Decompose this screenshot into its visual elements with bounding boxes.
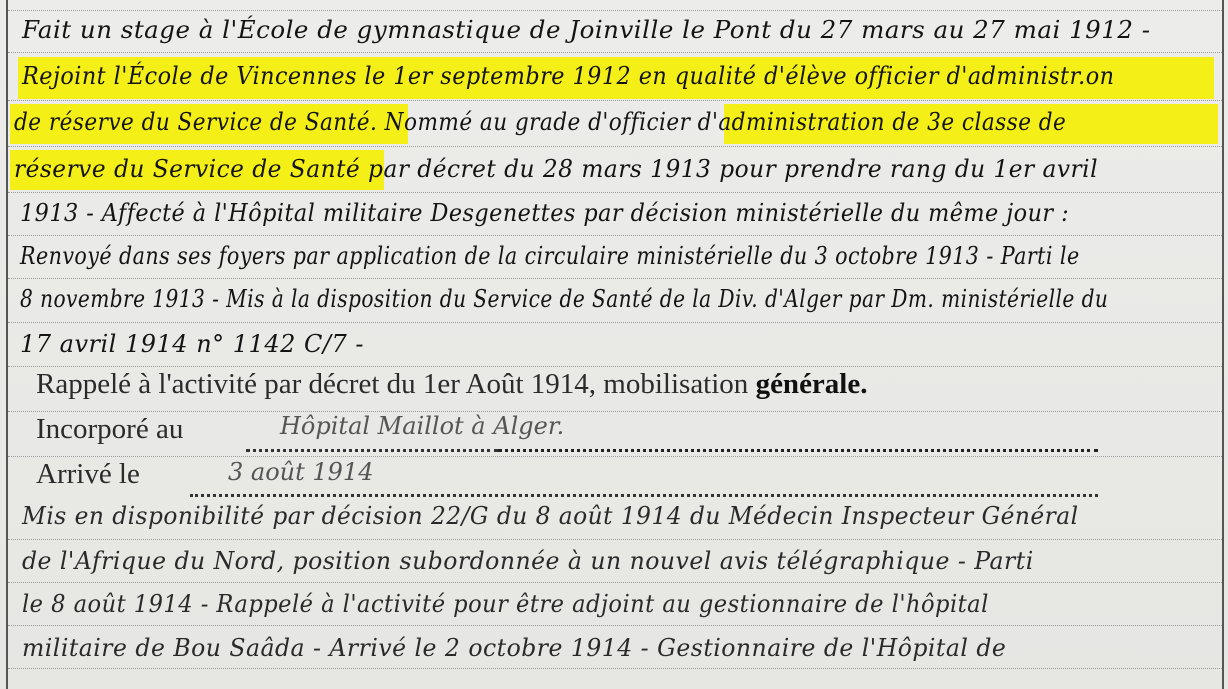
ruled-line	[8, 539, 1222, 540]
ruled-line	[8, 625, 1222, 626]
recall-bold: générale.	[756, 368, 868, 400]
ruled-line	[8, 411, 1222, 412]
ruled-line	[8, 146, 1222, 147]
incorporated-field-line	[498, 449, 1098, 452]
arrived-label: Arrivé le	[36, 458, 140, 491]
arrived-field-line	[190, 494, 1098, 497]
ruled-line	[8, 10, 1222, 11]
right-margin-rule	[1222, 0, 1224, 689]
ruled-line	[8, 235, 1222, 236]
handwritten-line-5: 1913 - Affecté à l'Hôpital militaire Des…	[20, 199, 1069, 227]
ruled-line	[8, 278, 1222, 279]
incorporated-label: Incorporé au	[36, 413, 183, 446]
handwritten-line-6: Renvoyé dans ses foyers par application …	[20, 242, 1080, 270]
ruled-line	[8, 322, 1222, 323]
ruled-line	[8, 52, 1222, 53]
recall-prefix: Rappelé à l'activité par décret du 1er A…	[36, 368, 756, 400]
handwritten-line-4: réserve du Service de Santé par décret d…	[14, 155, 1098, 183]
handwritten-line-3: de réserve du Service de Santé. Nommé au…	[14, 108, 1066, 136]
ruled-line	[8, 582, 1222, 583]
handwritten-line-7: 8 novembre 1913 - Mis à la disposition d…	[20, 285, 1108, 313]
ruled-line	[8, 366, 1222, 367]
ruled-line	[8, 456, 1222, 457]
handwritten-line-1: Fait un stage à l'École de gymnastique d…	[22, 16, 1151, 44]
handwritten-bottom-line-3: le 8 août 1914 - Rappelé à l'activité po…	[22, 590, 989, 618]
arrived-value: 3 août 1914	[228, 458, 373, 486]
incorporated-value: Hôpital Maillot à Alger.	[280, 412, 564, 440]
handwritten-line-2: Rejoint l'École de Vincennes le 1er sept…	[22, 62, 1114, 90]
ruled-line	[8, 192, 1222, 193]
handwritten-bottom-line-4: militaire de Bou Saâda - Arrivé le 2 oct…	[22, 634, 1006, 662]
handwritten-line-8: 17 avril 1914 n° 1142 C/7 -	[20, 330, 364, 358]
recall-line: Rappelé à l'activité par décret du 1er A…	[36, 368, 867, 401]
handwritten-bottom-line-2: de l'Afrique du Nord, position subordonn…	[22, 547, 1034, 575]
incorporated-field-line	[246, 449, 498, 452]
handwritten-bottom-line-1: Mis en disponibilité par décision 22/G d…	[22, 502, 1079, 530]
left-margin-rule	[6, 0, 8, 689]
document-page: Fait un stage à l'École de gymnastique d…	[0, 0, 1228, 689]
ruled-line	[8, 100, 1222, 101]
ruled-line	[8, 668, 1222, 669]
